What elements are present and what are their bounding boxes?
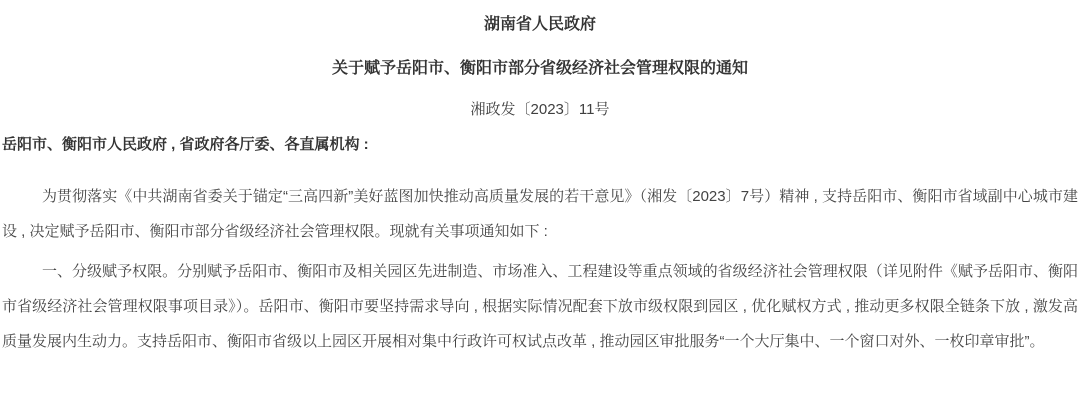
body-paragraph-1: 为贯彻落实《中共湖南省委关于锚定“三高四新”美好蓝图加快推动高质量发展的若干意见… <box>2 179 1078 249</box>
salutation-line: 岳阳市、衡阳市人民政府 , 省政府各厅委、各直属机构 : <box>2 127 1078 162</box>
document-number: 湘政发〔2023〕11号 <box>2 92 1078 127</box>
body-paragraph-2: 一、分级赋予权限。分别赋予岳阳市、衡阳市及相关园区先进制造、市场准入、工程建设等… <box>2 254 1078 359</box>
issuing-organization: 湖南省人民政府 <box>2 7 1078 42</box>
document-page: 湖南省人民政府 关于赋予岳阳市、衡阳市部分省级经济社会管理权限的通知 湘政发〔2… <box>0 0 1080 393</box>
document-title: 关于赋予岳阳市、衡阳市部分省级经济社会管理权限的通知 <box>2 51 1078 86</box>
